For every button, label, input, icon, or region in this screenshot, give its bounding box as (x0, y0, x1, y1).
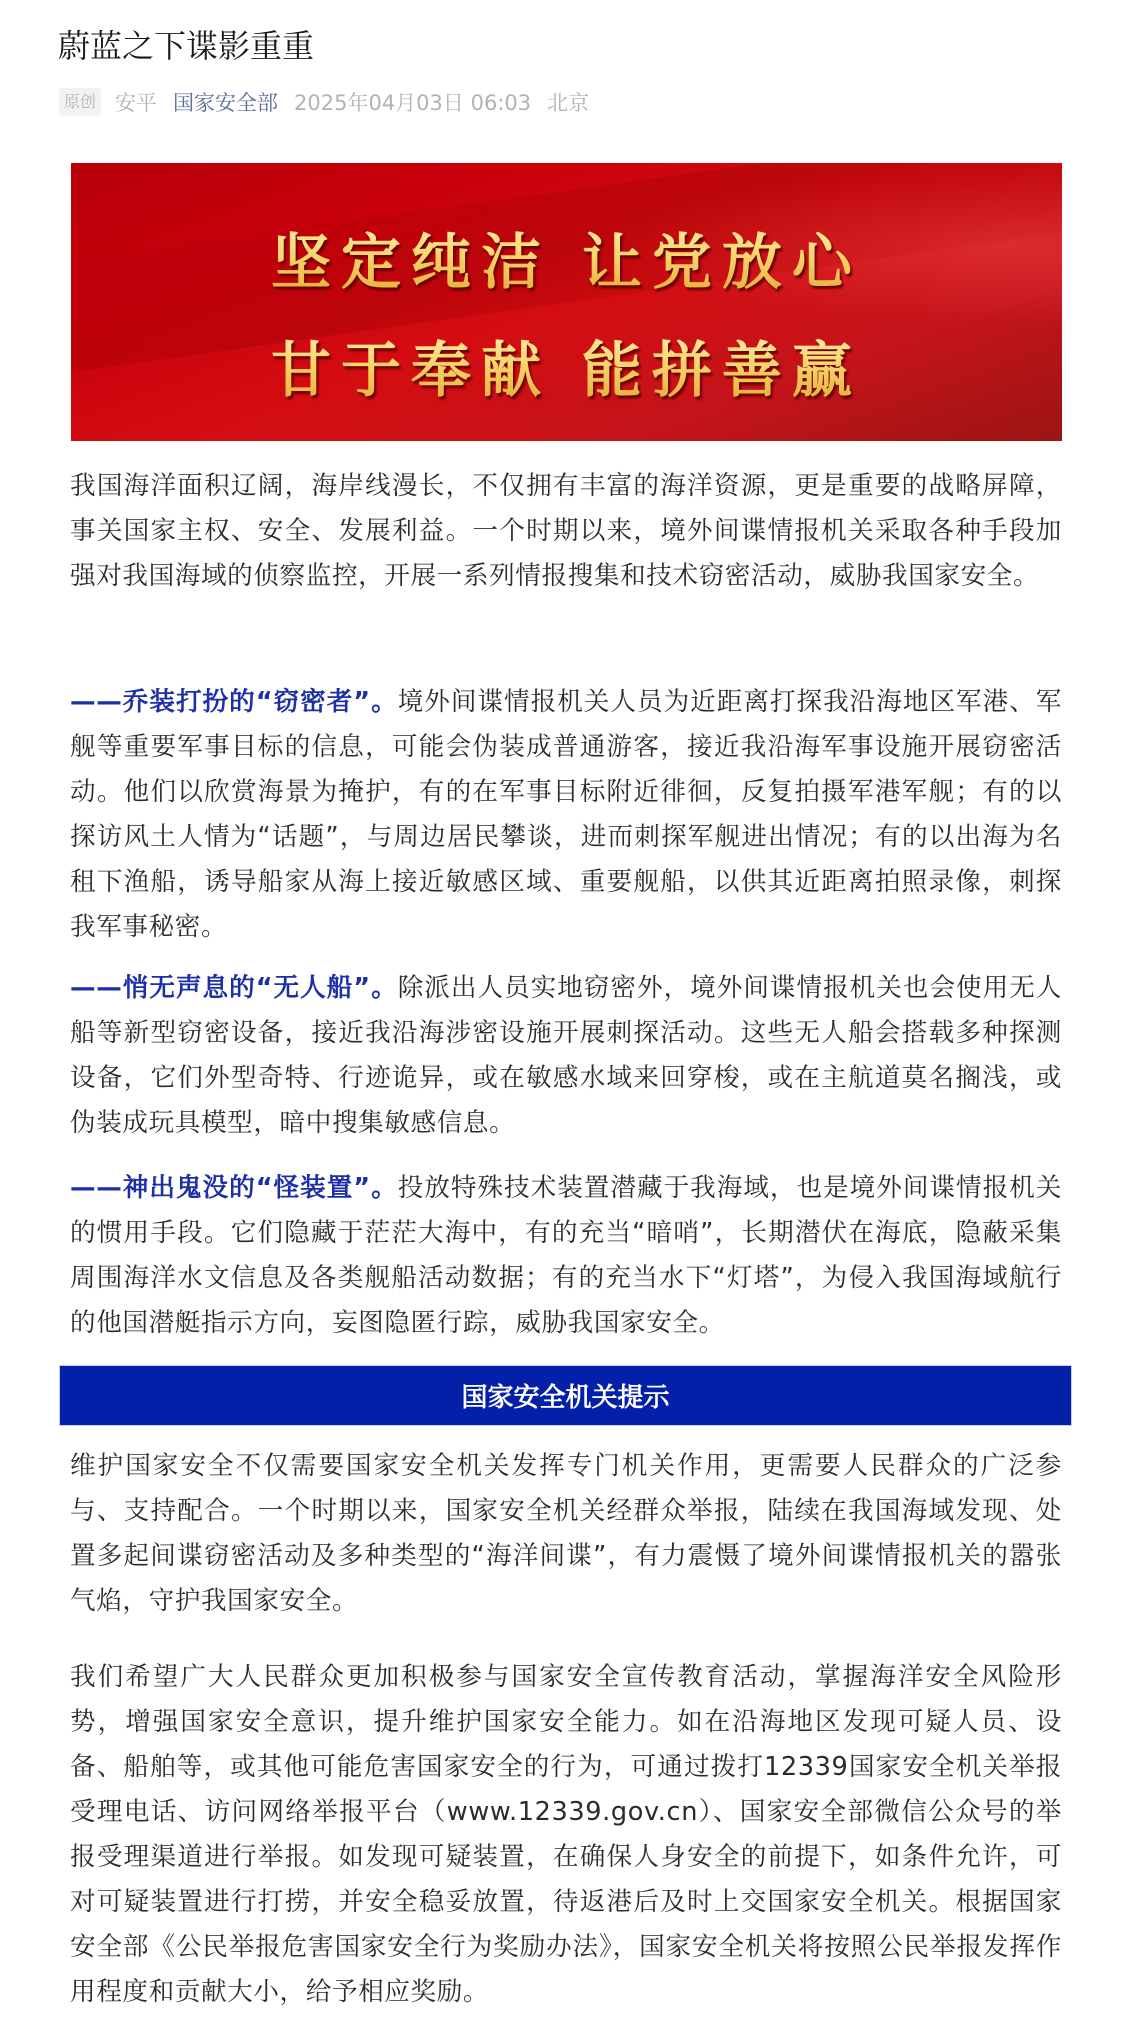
banner-slogan-line-1: 坚定纯洁 让党放心 (71, 215, 1062, 301)
section-paragraph-disguised-spies: ——乔装打扮的“窃密者”。境外间谍情报机关人员为近距离打探我沿海地区军港、军舰等… (70, 680, 1062, 950)
notice-heading-text: 国家安全机关提示 (461, 1377, 669, 1414)
notice-section-heading: 国家安全机关提示 (59, 1365, 1072, 1426)
paragraph-text: 维护国家安全不仅需要国家安全机关发挥专门机关作用，更需要人民群众的广泛参与、支持… (70, 1451, 1062, 1616)
paragraph-lead-heading: ——乔装打扮的“窃密者”。 (70, 687, 398, 717)
article-title: 蔚蓝之下谍影重重 (58, 24, 314, 68)
paragraph-text: 我们希望广大人民群众更加积极参与国家安全宣传教育活动，掌握海洋安全风险形势，增强… (70, 1662, 1062, 2007)
account-link[interactable]: 国家安全部 (173, 87, 278, 117)
publish-location: 北京 (547, 87, 589, 117)
notice-paragraph-2: 我们希望广大人民群众更加积极参与国家安全宣传教育活动，掌握海洋安全风险形势，增强… (70, 1655, 1062, 2015)
intro-paragraph: 我国海洋面积辽阔，海岸线漫长，不仅拥有丰富的海洋资源，更是重要的战略屏障，事关国… (70, 464, 1062, 599)
paragraph-text: 境外间谍情报机关人员为近距离打探我沿海地区军港、军舰等重要军事目标的信息，可能会… (70, 687, 1062, 942)
author-name: 安平 (115, 87, 157, 117)
notice-paragraph-1: 维护国家安全不仅需要国家安全机关发挥专门机关作用，更需要人民群众的广泛参与、支持… (70, 1444, 1062, 1624)
publish-datetime: 2025年04月03日 06:03 (294, 87, 531, 117)
article-meta: 原创 安平 国家安全部 2025年04月03日 06:03 北京 (59, 86, 589, 118)
paragraph-text: 我国海洋面积辽阔，海岸线漫长，不仅拥有丰富的海洋资源，更是重要的战略屏障，事关国… (70, 471, 1062, 591)
slogan-banner-image: 坚定纯洁 让党放心 甘于奉献 能拼善赢 (71, 163, 1062, 441)
paragraph-lead-heading: ——悄无声息的“无人船”。 (70, 973, 398, 1003)
section-paragraph-unmanned-boats: ——悄无声息的“无人船”。除派出人员实地窃密外，境外间谍情报机关也会使用无人船等… (70, 966, 1062, 1146)
original-badge: 原创 (59, 88, 101, 116)
paragraph-lead-heading: ——神出鬼没的“怪装置”。 (70, 1173, 398, 1203)
section-paragraph-strange-devices: ——神出鬼没的“怪装置”。投放特殊技术装置潜藏于我海域，也是境外间谍情报机关的惯… (70, 1166, 1062, 1346)
banner-slogan-line-2: 甘于奉献 能拼善赢 (71, 323, 1062, 409)
